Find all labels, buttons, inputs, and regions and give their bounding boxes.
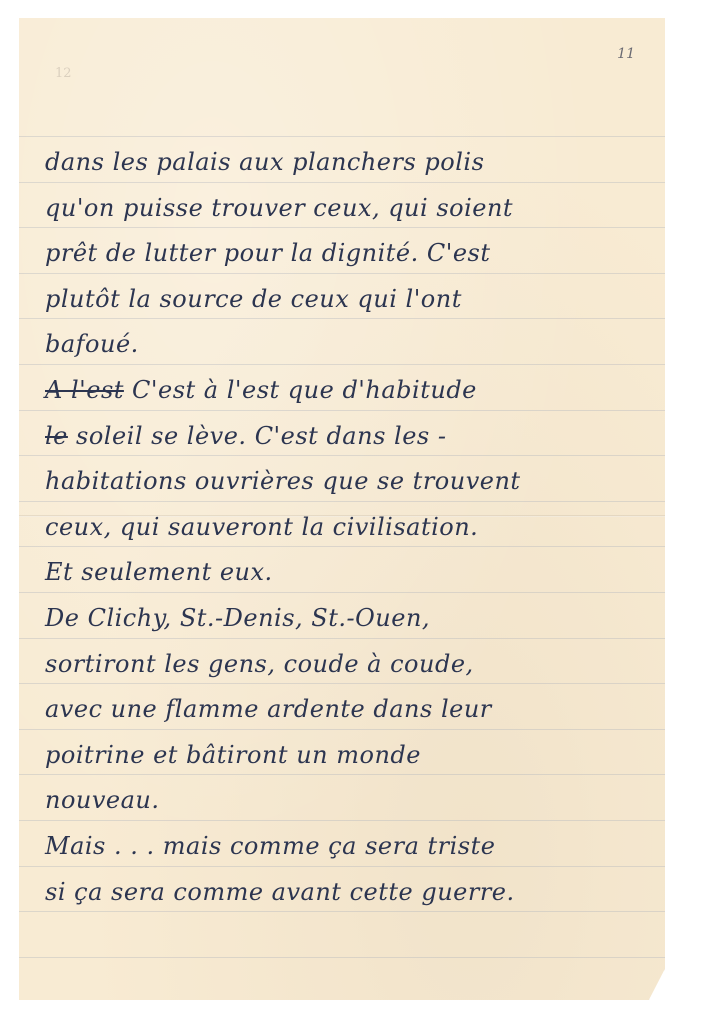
text-line-8: habitations ouvrières que se trouvent: [45, 461, 665, 507]
text-line-17: si ça sera comme avant cette guerre.: [45, 872, 665, 918]
text-line-3: prêt de lutter pour la dignité. C'est: [45, 233, 665, 279]
text-line-4: plutôt la source de ceux qui l'ont: [45, 279, 665, 325]
ruled-line: [19, 136, 665, 137]
struck-through-text: le: [45, 422, 68, 450]
text-line-1: dans les palais aux planchers polis: [45, 142, 665, 188]
text-line-10: Et seulement eux.: [45, 552, 665, 598]
struck-through-text: A l'est: [45, 376, 124, 404]
text-line-11: De Clichy, St.-Denis, St.-Ouen,: [45, 598, 665, 644]
faint-pencil-mark: 12: [55, 66, 72, 81]
ruled-line: [19, 957, 665, 958]
text-line-14: poitrine et bâtiront un monde: [45, 735, 665, 781]
text-line-5: bafoué.: [45, 324, 665, 370]
text-line-9: ceux, qui sauveront la civilisation.: [45, 507, 665, 553]
text-line-16: Mais . . . mais comme ça sera triste: [45, 826, 665, 872]
text-line-13: avec une flamme ardente dans leur: [45, 689, 665, 735]
text-line-2: qu'on puisse trouver ceux, qui soient: [45, 188, 665, 234]
text-line-12: sortiront les gens, coude à coude,: [45, 644, 665, 690]
text-line-7: le soleil se lève. C'est dans les -: [45, 416, 665, 462]
page-number: 11: [617, 46, 635, 62]
ruled-line: [19, 1002, 665, 1003]
handwritten-text: dans les palais aux planchers polis qu'o…: [45, 142, 665, 917]
text-line-6: A l'est C'est à l'est que d'habitude: [45, 370, 665, 416]
text-line-15: nouveau.: [45, 780, 665, 826]
letter-page: 12 11 dans les palais aux planchers poli…: [19, 18, 665, 1000]
